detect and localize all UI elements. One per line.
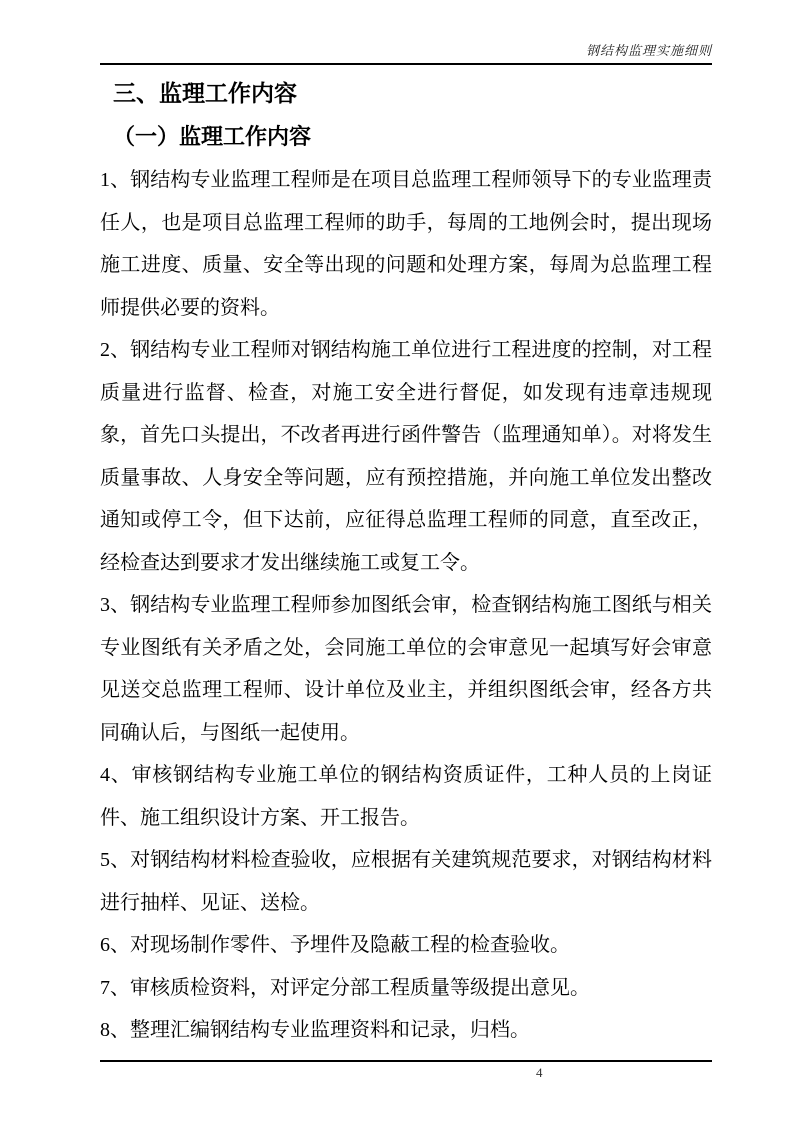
- document-content: 三、监理工作内容 （一）监理工作内容 1、钢结构专业监理工程师是在项目总监理工程…: [100, 80, 712, 1052]
- body-paragraph: 7、审核质检资料，对评定分部工程质量等级提出意见。: [100, 967, 712, 1010]
- document-body: 1、钢结构专业监理工程师是在项目总监理工程师领导下的专业监理责任人，也是项目总监…: [100, 159, 712, 1052]
- page-footer: 4: [100, 1060, 712, 1086]
- body-paragraph: 5、对钢结构材料检查验收，应根据有关建筑规范要求，对钢结构材料进行抽样、见证、送…: [100, 839, 712, 924]
- subsection-heading: （一）监理工作内容: [113, 126, 712, 148]
- body-paragraph: 8、整理汇编钢结构专业监理资料和记录，归档。: [100, 1009, 712, 1052]
- section-heading: 三、监理工作内容: [113, 82, 712, 105]
- page-number: 4: [536, 1065, 543, 1081]
- body-paragraph: 2、钢结构专业工程师对钢结构施工单位进行工程进度的控制，对工程质量进行监督、检查…: [100, 329, 712, 584]
- page-header: 钢结构监理实施细则: [100, 40, 712, 65]
- body-paragraph: 4、审核钢结构专业施工单位的钢结构资质证件，工种人员的上岗证件、施工组织设计方案…: [100, 754, 712, 839]
- body-paragraph: 3、钢结构专业监理工程师参加图纸会审，检查钢结构施工图纸与相关专业图纸有关矛盾之…: [100, 584, 712, 754]
- body-paragraph: 1、钢结构专业监理工程师是在项目总监理工程师领导下的专业监理责任人，也是项目总监…: [100, 159, 712, 329]
- header-title: 钢结构监理实施细则: [586, 43, 712, 58]
- body-paragraph: 6、对现场制作零件、予埋件及隐蔽工程的检查验收。: [100, 924, 712, 967]
- document-page: 钢结构监理实施细则 三、监理工作内容 （一）监理工作内容 1、钢结构专业监理工程…: [0, 0, 793, 1122]
